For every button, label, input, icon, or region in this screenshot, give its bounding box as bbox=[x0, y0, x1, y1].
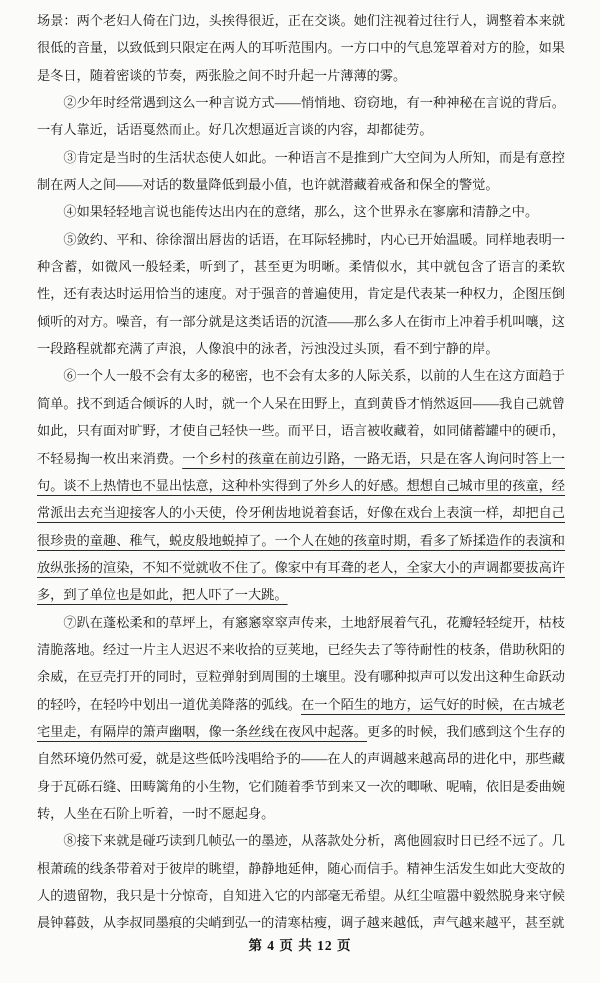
text-segment: ②少年时经常遇到这么一种言说方式——悄悄地、窃窃地，有一种神秘在言说的背后。一有… bbox=[37, 95, 565, 137]
page-number-footer: 第 4 页 共 12 页 bbox=[0, 932, 600, 959]
passage-body: 场景：两个老妇人倚在门边，头挨得很近，正在交谈。她们注视着过往行人，调整着本来就… bbox=[37, 7, 565, 937]
underlined-passage: 一个乡村的孩童在前边引路，一路无语，只是在客人询问时答上一句。谈不上热情也不显出… bbox=[37, 451, 565, 603]
paragraph: ②少年时经常遇到这么一种言说方式——悄悄地、窃窃地，有一种神秘在言说的背后。一有… bbox=[37, 89, 565, 144]
text-segment: 场景：两个老妇人倚在门边，头挨得很近，正在交谈。她们注视着过往行人，调整着本来就… bbox=[37, 13, 565, 83]
text-segment: ⑤敛约、平和、徐徐溜出唇齿的话语，在耳际轻拂时，内心已开始温暖。同样地表明一种含… bbox=[37, 232, 565, 356]
text-segment: ④如果轻轻地言说也能传达出内在的意绪，那么，这个世界永在寥廓和清静之中。 bbox=[63, 204, 538, 219]
scanned-exam-page: 场景：两个老妇人倚在门边，头挨得很近，正在交谈。她们注视着过往行人，调整着本来就… bbox=[0, 0, 600, 983]
paragraph: ⑦趴在蓬松柔和的草坪上，有窸窸窣窣声传来，土地舒展着气孔，花瓣轻轻绽开，枯枝清脆… bbox=[37, 609, 565, 828]
paragraph: ⑤敛约、平和、徐徐溜出唇齿的话语，在耳际轻拂时，内心已开始温暖。同样地表明一种含… bbox=[37, 226, 565, 363]
text-segment: ③肯定是当时的生活状态使人如此。一种语言不是推到广大空间为人所知，而是有意控制在… bbox=[37, 150, 565, 192]
text-segment: ⑧接下来就是碰巧读到几帧弘一的墨迹，从落款处分析，离他圆寂时日已经不远了。几根萧… bbox=[37, 833, 565, 930]
paragraph: ⑧接下来就是碰巧读到几帧弘一的墨迹，从落款处分析，离他圆寂时日已经不远了。几根萧… bbox=[37, 827, 565, 936]
paragraph: 场景：两个老妇人倚在门边，头挨得很近，正在交谈。她们注视着过往行人，调整着本来就… bbox=[37, 7, 565, 89]
paragraph: ④如果轻轻地言说也能传达出内在的意绪，那么，这个世界永在寥廓和清静之中。 bbox=[37, 198, 565, 225]
paragraph: ⑥一个人一般不会有太多的秘密，也不会有太多的人际关系，以前的人生在这方面趋于简单… bbox=[37, 362, 565, 608]
paragraph: ③肯定是当时的生活状态使人如此。一种语言不是推到广大空间为人所知，而是有意控制在… bbox=[37, 144, 565, 199]
